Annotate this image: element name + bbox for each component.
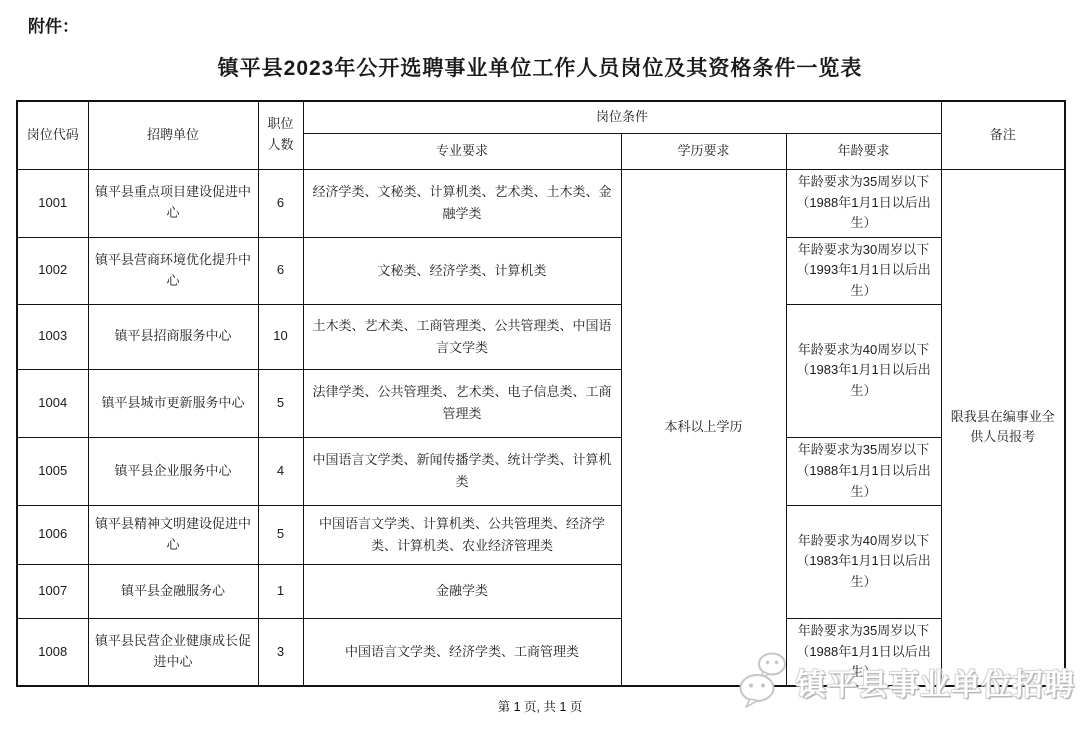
cell-post-code: 1005 (17, 437, 88, 505)
footer-page-info: 第 1 页, 共 1 页 (0, 697, 1080, 715)
table-row: 1005 镇平县企业服务中心 4 中国语言文学类、新闻传播学类、统计学类、计算机… (17, 437, 1065, 505)
cell-headcount: 6 (258, 169, 303, 237)
cell-major: 中国语言文学类、计算机类、公共管理类、经济学类、计算机类、农业经济管理类 (303, 505, 621, 564)
cell-age: 年龄要求为30周岁以下（1993年1月1日以后出生） (786, 237, 941, 304)
cell-major: 中国语言文学类、新闻传播学类、统计学类、计算机类 (303, 437, 621, 505)
cell-post-code: 1002 (17, 237, 88, 304)
cell-unit: 镇平县民营企业健康成长促进中心 (88, 618, 258, 686)
cell-headcount: 10 (258, 304, 303, 369)
cell-headcount: 6 (258, 237, 303, 304)
header-education: 学历要求 (621, 133, 786, 169)
cell-unit: 镇平县重点项目建设促进中心 (88, 169, 258, 237)
attachment-label: 附件： (28, 12, 79, 37)
cell-unit: 镇平县金融服务心 (88, 564, 258, 618)
cell-headcount: 5 (258, 369, 303, 437)
cell-post-code: 1001 (17, 169, 88, 237)
header-major: 专业要求 (303, 133, 621, 169)
cell-post-code: 1008 (17, 618, 88, 686)
cell-unit: 镇平县精神文明建设促进中心 (88, 505, 258, 564)
cell-education-merged: 本科以上学历 (621, 169, 786, 686)
page-title: 镇平县2023年公开选聘事业单位工作人员岗位及其资格条件一览表 (0, 52, 1080, 82)
cell-post-code: 1003 (17, 304, 88, 369)
header-age: 年龄要求 (786, 133, 941, 169)
header-row-top: 岗位代码 招聘单位 职位人数 岗位条件 备注 (17, 101, 1065, 133)
cell-major: 文秘类、经济学类、计算机类 (303, 237, 621, 304)
cell-unit: 镇平县招商服务中心 (88, 304, 258, 369)
cell-unit: 镇平县营商环境优化提升中心 (88, 237, 258, 304)
cell-age: 年龄要求为35周岁以下（1988年1月1日以后出生） (786, 169, 941, 237)
cell-age: 年龄要求为40周岁以下（1983年1月1日以后出生） (786, 505, 941, 618)
cell-headcount: 4 (258, 437, 303, 505)
cell-age: 年龄要求为35周岁以下（1988年1月1日以后出生） (786, 437, 941, 505)
positions-table: 岗位代码 招聘单位 职位人数 岗位条件 备注 专业要求 学历要求 年龄要求 10… (16, 100, 1066, 687)
cell-age: 年龄要求为35周岁以下（1988年1月1日以后出生） (786, 618, 941, 686)
cell-headcount: 3 (258, 618, 303, 686)
cell-headcount: 1 (258, 564, 303, 618)
cell-post-code: 1007 (17, 564, 88, 618)
cell-major: 经济学类、文秘类、计算机类、艺术类、土木类、金融学类 (303, 169, 621, 237)
table-row: 1001 镇平县重点项目建设促进中心 6 经济学类、文秘类、计算机类、艺术类、土… (17, 169, 1065, 237)
cell-major: 中国语言文学类、经济学类、工商管理类 (303, 618, 621, 686)
header-remark: 备注 (941, 101, 1065, 169)
cell-major: 土木类、艺术类、工商管理类、公共管理类、中国语言文学类 (303, 304, 621, 369)
cell-major: 法律学类、公共管理类、艺术类、电子信息类、工商管理类 (303, 369, 621, 437)
cell-major: 金融学类 (303, 564, 621, 618)
header-unit: 招聘单位 (88, 101, 258, 169)
cell-unit: 镇平县城市更新服务中心 (88, 369, 258, 437)
table-row: 1008 镇平县民营企业健康成长促进中心 3 中国语言文学类、经济学类、工商管理… (17, 618, 1065, 686)
table-row: 1002 镇平县营商环境优化提升中心 6 文秘类、经济学类、计算机类 年龄要求为… (17, 237, 1065, 304)
table-row: 1006 镇平县精神文明建设促进中心 5 中国语言文学类、计算机类、公共管理类、… (17, 505, 1065, 564)
header-headcount: 职位人数 (258, 101, 303, 169)
cell-unit: 镇平县企业服务中心 (88, 437, 258, 505)
header-conditions: 岗位条件 (303, 101, 941, 133)
cell-post-code: 1006 (17, 505, 88, 564)
cell-headcount: 5 (258, 505, 303, 564)
cell-age: 年龄要求为40周岁以下（1983年1月1日以后出生） (786, 304, 941, 437)
cell-remark-merged: 限我县在编事业全供人员报考 (941, 169, 1065, 686)
cell-post-code: 1004 (17, 369, 88, 437)
header-post-code: 岗位代码 (17, 101, 88, 169)
table-row: 1003 镇平县招商服务中心 10 土木类、艺术类、工商管理类、公共管理类、中国… (17, 304, 1065, 369)
